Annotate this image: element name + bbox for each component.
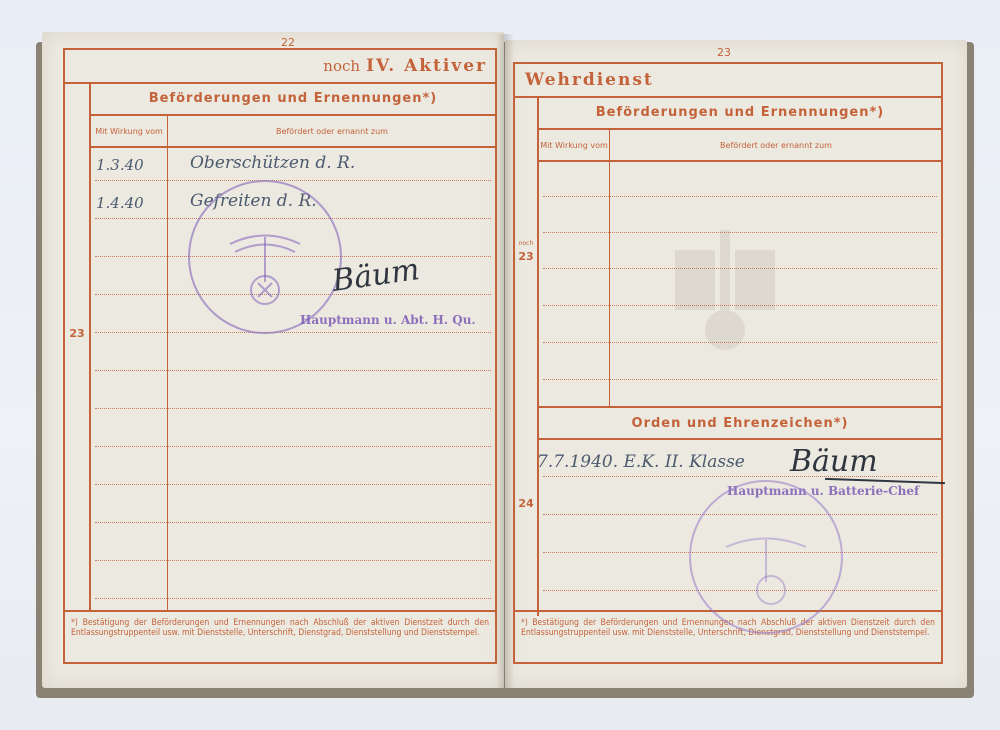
row-line [543, 268, 937, 269]
row-line [543, 342, 937, 343]
row-line [95, 370, 491, 371]
award-entry: 7.7.1940. E.K. II. Klasse [537, 452, 745, 472]
left-title-bar: noch IV. Aktiver [65, 50, 495, 84]
title-prefix: noch [323, 57, 360, 75]
entry-rank: Oberschützen d. R. [190, 153, 355, 173]
column-header-row: Mit Wirkung vom Befördert oder ernannt z… [539, 130, 941, 162]
column-divider [609, 162, 610, 406]
awards-heading: Orden und Ehrenzeichen*) [539, 406, 941, 440]
row-line [95, 180, 491, 181]
entry-date: 1.4.40 [96, 194, 144, 212]
entry-date: 1.3.40 [96, 156, 144, 174]
side-number: 23 [515, 250, 537, 263]
book-gutter [496, 34, 514, 688]
page-number: 23 [717, 46, 731, 59]
right-page: 23 Wehrdienst noch 23 24 Beförderungen u… [505, 40, 967, 688]
row-line [95, 332, 491, 333]
column-header-date: Mit Wirkung vom [539, 130, 610, 160]
column-header-date: Mit Wirkung vom [91, 116, 168, 146]
awards-side-number: 24 [515, 497, 537, 510]
right-title-bar: Wehrdienst [515, 64, 941, 98]
page-title: IV. Aktiver [366, 56, 487, 76]
signature: Bäum [790, 444, 878, 479]
column-header-rank: Befördert oder ernannt zum [169, 116, 495, 146]
left-form-border: noch IV. Aktiver 23 Beförderungen und Er… [63, 48, 497, 664]
side-label-noch: noch [515, 240, 537, 247]
row-line [95, 408, 491, 409]
stamp-official-line: Hauptmann u. Abt. H. Qu. [300, 313, 476, 327]
row-line [543, 305, 937, 306]
row-line [95, 598, 491, 599]
row-line [95, 484, 491, 485]
section-heading: Beförderungen und Ernennungen*) [91, 82, 495, 116]
side-number: 23 [65, 327, 89, 340]
row-line [95, 560, 491, 561]
row-line [543, 232, 937, 233]
page-title: Wehrdienst [525, 70, 654, 90]
column-header-row: Mit Wirkung vom Befördert oder ernannt z… [91, 116, 495, 148]
row-line [95, 522, 491, 523]
left-page: 22 noch IV. Aktiver 23 Beförderungen und… [42, 32, 504, 688]
eagle-emblem-icon [691, 482, 841, 632]
eagle-emblem-icon [190, 182, 340, 332]
row-line [95, 446, 491, 447]
row-line [543, 379, 937, 380]
footnote: *) Bestätigung der Beförderungen und Ern… [65, 610, 495, 662]
row-line [543, 196, 937, 197]
column-header-rank: Befördert oder ernannt zum [611, 130, 941, 160]
official-stamp [689, 480, 843, 634]
official-stamp [188, 180, 342, 334]
section-heading: Beförderungen und Ernennungen*) [539, 96, 941, 130]
